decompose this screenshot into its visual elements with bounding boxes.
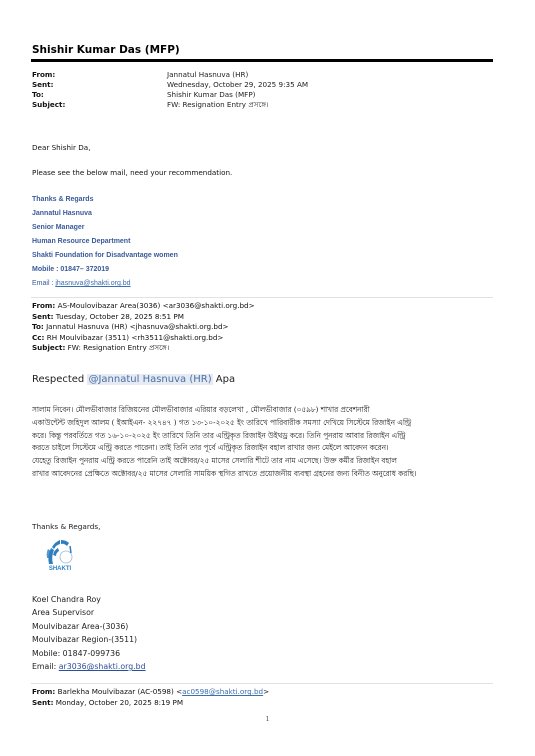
bangla-line: যেহেতু রিজাইন পুনরায় এন্ট্রি করতে পারেন…: [32, 455, 502, 468]
signature-mobile: Mobile : 01847– 372019: [32, 263, 178, 277]
header-subject-value: FW: Resignation Entry প্রসঙ্গে।: [167, 100, 269, 110]
fwd-from-row: From: AS-Moulovibazar Area(3036) <ar3036…: [32, 301, 255, 312]
header-label: From:: [32, 70, 167, 80]
shakti-fan-icon: [43, 538, 77, 568]
header-label: To:: [32, 90, 167, 100]
shakti-logo: SHAKTI: [43, 538, 77, 580]
signature-department: Human Resource Department: [32, 235, 178, 249]
fwd-label: From:: [32, 301, 55, 310]
salutation: Dear Shishir Da,: [32, 143, 90, 152]
separator: [31, 683, 493, 684]
body-message: Please see the below mail, need your rec…: [32, 168, 232, 177]
signature-title: Senior Manager: [32, 221, 178, 235]
fwd-label: Subject:: [32, 343, 65, 352]
signature-line: Thanks & Regards: [32, 193, 178, 207]
bangla-message: সালাম নিবেন। মৌলভীবাজার রিজিয়নের মৌলভীব…: [32, 404, 502, 481]
mention-tag[interactable]: @Jannatul Hasnuva (HR): [87, 374, 212, 385]
fwd-cc-row: Cc: RH Moulvibazar (3511) <rh3511@shakti…: [32, 333, 255, 344]
greeting-prefix: Respected: [32, 374, 84, 385]
signature-organization: Shakti Foundation for Disadvantage women: [32, 249, 178, 263]
document-title: Shishir Kumar Das (MFP): [32, 44, 180, 56]
signature-email-row: Email : jhasnuva@shakti.org.bd: [32, 277, 178, 291]
fwd-cc-value: RH Moulvibazar (3511) <rh3511@shakti.org…: [47, 333, 224, 342]
fwd2-from-name: Barlekha Moulvibazar (AC-0598) <: [58, 687, 183, 696]
fwd2-from-close: >: [263, 687, 269, 696]
header-from-value: Jannatul Hasnuva (HR): [167, 70, 248, 80]
email-label: Email :: [32, 280, 53, 287]
signature-area: Moulvibazar Area-(3036): [32, 620, 146, 633]
email-label: Email:: [32, 662, 56, 671]
separator: [31, 297, 493, 298]
fwd2-sent-value: Monday, October 20, 2025 8:19 PM: [56, 698, 183, 707]
signature-name: Koel Chandra Roy: [32, 593, 146, 606]
header-label: Sent:: [32, 80, 167, 90]
header-to-value: Shishir Kumar Das (MFP): [167, 90, 255, 100]
fwd2-sent-row: Sent: Monday, October 20, 2025 8:19 PM: [32, 698, 269, 709]
fwd2-from-email-link[interactable]: ac0598@shakti.org.bd: [182, 687, 263, 696]
bangla-line: রাখার আবেদনের প্রেক্ষিতে অক্টোবর/২৫ মাসে…: [32, 468, 502, 481]
header-sent-row: Sent: Wednesday, October 29, 2025 9:35 A…: [32, 80, 308, 90]
page-number: 1: [0, 716, 535, 723]
fwd-label: Sent:: [32, 312, 53, 321]
fwd-label: Sent:: [32, 698, 53, 707]
signature-email-row: Email: ar3036@shakti.org.bd: [32, 660, 146, 673]
email-header: From: Jannatul Hasnuva (HR) Sent: Wednes…: [32, 70, 308, 110]
fwd-subject-value: FW: Resignation Entry প্রসঙ্গে।: [68, 343, 170, 352]
forwarded-header-2: From: Barlekha Moulvibazar (AC-0598) <ac…: [32, 687, 269, 708]
title-divider: [31, 59, 493, 62]
greeting-line: Respected @Jannatul Hasnuva (HR) Apa: [32, 374, 235, 385]
fwd-sent-row: Sent: Tuesday, October 28, 2025 8:51 PM: [32, 312, 255, 323]
fwd-to-value: Jannatul Hasnuva (HR) <jhasnuva@shakti.o…: [46, 322, 228, 331]
fwd-sent-value: Tuesday, October 28, 2025 8:51 PM: [56, 312, 184, 321]
email-print-page: Shishir Kumar Das (MFP) From: Jannatul H…: [0, 0, 535, 756]
fwd-to-row: To: Jannatul Hasnuva (HR) <jhasnuva@shak…: [32, 322, 255, 333]
fwd-from-value: AS-Moulovibazar Area(3036) <ar3036@shakt…: [58, 301, 255, 310]
email-link[interactable]: jhasnuva@shakti.org.bd: [55, 280, 130, 287]
header-sent-value: Wednesday, October 29, 2025 9:35 AM: [167, 80, 308, 90]
signature-region: Moulvibazar Region-(3511): [32, 633, 146, 646]
fwd-label: To:: [32, 322, 44, 331]
header-subject-row: Subject: FW: Resignation Entry প্রসঙ্গে।: [32, 100, 308, 110]
hr-signature: Thanks & Regards Jannatul Hasnuva Senior…: [32, 193, 178, 291]
bangla-line: একাউন্টেন্ট জহিদুল আলম ( ইআইএন- ২২৭৪৭ ) …: [32, 417, 502, 430]
header-label: Subject:: [32, 100, 167, 110]
bangla-line: সালাম নিবেন। মৌলভীবাজার রিজিয়নের মৌলভীব…: [32, 404, 502, 417]
area-supervisor-signature: Koel Chandra Roy Area Supervisor Moulvib…: [32, 593, 146, 673]
signature-mobile: Mobile: 01847-099736: [32, 647, 146, 660]
header-to-row: To: Shishir Kumar Das (MFP): [32, 90, 308, 100]
forwarded-header: From: AS-Moulovibazar Area(3036) <ar3036…: [32, 301, 255, 354]
closing: Thanks & Regards,: [32, 522, 101, 531]
email-link[interactable]: ar3036@shakti.org.bd: [59, 662, 146, 671]
fwd-label: Cc:: [32, 333, 44, 342]
signature-title: Area Supervisor: [32, 606, 146, 619]
fwd2-from-row: From: Barlekha Moulvibazar (AC-0598) <ac…: [32, 687, 269, 698]
signature-name: Jannatul Hasnuva: [32, 207, 178, 221]
greeting-suffix: Apa: [216, 374, 235, 385]
logo-text: SHAKTI: [43, 566, 77, 572]
header-from-row: From: Jannatul Hasnuva (HR): [32, 70, 308, 80]
fwd-label: From:: [32, 687, 55, 696]
bangla-line: করতে চাইলে সিস্টেমে এন্ট্রি করতে পারেনা।…: [32, 442, 502, 455]
fwd-subject-row: Subject: FW: Resignation Entry প্রসঙ্গে।: [32, 343, 255, 354]
bangla-line: করে। কিন্তু পরবর্তিতে গত ১৬-১০-২০২৫ ইং ত…: [32, 430, 502, 443]
